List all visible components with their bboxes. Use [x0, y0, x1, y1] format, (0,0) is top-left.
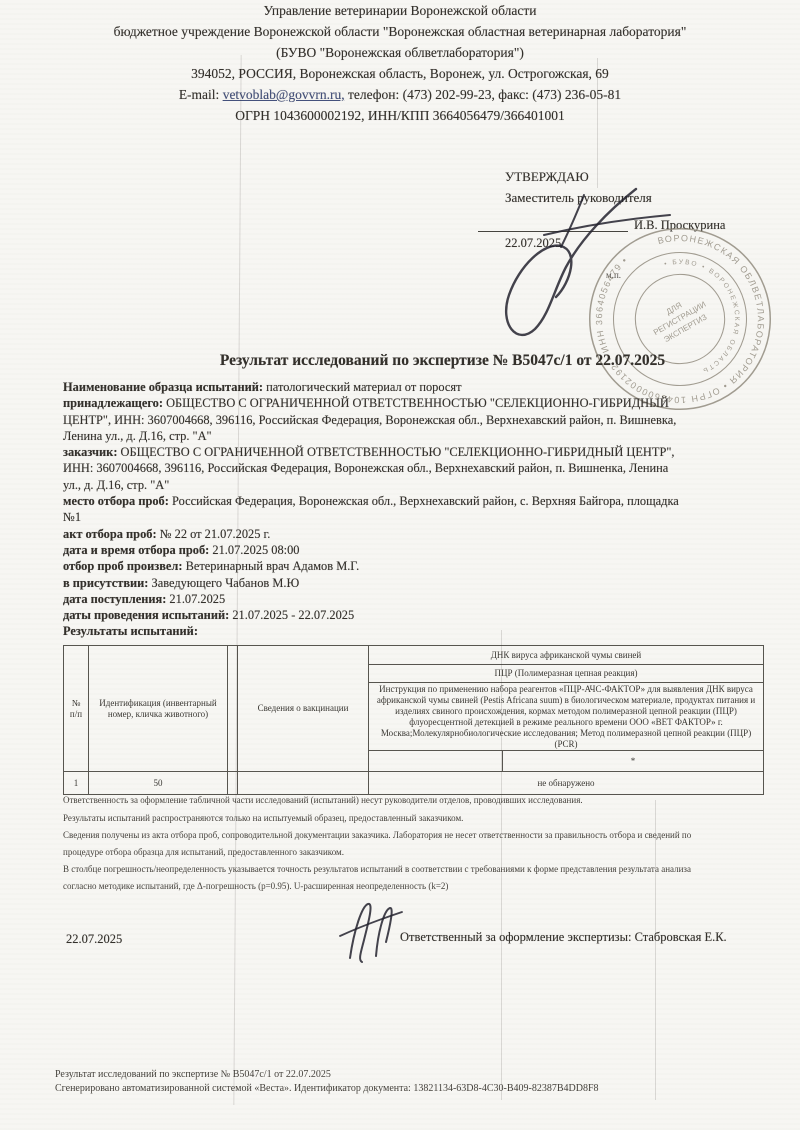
detail-line: ул., д. Д.16, стр. "А" [63, 477, 753, 493]
org-line-contacts: E-mail: vetvoblab@govvrn.ru, телефон: (4… [0, 84, 800, 105]
subheader-empty [369, 751, 503, 772]
footer-generated-by: Сгенерировано автоматизированной системо… [55, 1082, 599, 1096]
footnote-line: Результаты испытаний распространяются то… [63, 810, 753, 827]
sample-details: Наименование образца испытаний: патологи… [63, 379, 753, 640]
detail-line: дата поступления: 21.07.2025 [63, 591, 753, 607]
col-header-identification: Идентификация (инвентарный номер, кличка… [89, 646, 228, 772]
responsible-signature-icon [328, 896, 408, 966]
org-line-institution: бюджетное учреждение Воронежской области… [0, 21, 800, 42]
detail-line: Наименование образца испытаний: патологи… [63, 379, 753, 395]
detail-line: заказчик: ОБЩЕСТВО С ОГРАНИЧЕННОЙ ОТВЕТС… [63, 444, 753, 460]
signoff-date: 22.07.2025 [66, 932, 122, 947]
org-line-ogrn: ОГРН 1043600002192, ИНН/КПП 3664056479/3… [0, 105, 800, 126]
org-line-authority: Управление ветеринарии Воронежской облас… [0, 0, 800, 21]
detail-line: Ленина ул., д. Д.16, стр. "А" [63, 428, 753, 444]
detail-line: место отбора проб: Российская Федерация,… [63, 493, 753, 509]
footnote-line: согласно методике испытаний, где Δ-погре… [63, 878, 753, 895]
footnote-line: Сведения получены из акта отбора проб, с… [63, 827, 753, 844]
document-title: Результат исследований по экспертизе № В… [85, 352, 800, 370]
org-line-address: 394052, РОССИЯ, Воронежская область, Вор… [0, 63, 800, 84]
org-header: Управление ветеринарии Воронежской облас… [0, 0, 800, 126]
method-description: Инструкция по применению набора реагенто… [369, 683, 764, 751]
detail-line: принадлежащего: ОБЩЕСТВО С ОГРАНИЧЕННОЙ … [63, 395, 753, 411]
col-header-analyte: ДНК вируса африканской чумы свиней [369, 646, 764, 665]
detail-line: Результаты испытаний: [63, 623, 753, 639]
detail-line: в присутствии: Заведующего Чабанов М.Ю [63, 575, 753, 591]
footnote-line: В столбце погрешность/неопределенность у… [63, 861, 753, 878]
col-header-num: № п/п [64, 646, 89, 772]
footer-expertise-ref: Результат исследований по экспертизе № В… [55, 1068, 599, 1082]
col-header-method: ПЦР (Полимеразная цепная реакция) [369, 665, 764, 683]
detail-line: отбор проб произвел: Ветеринарный врач А… [63, 558, 753, 574]
results-table: № п/п Идентификация (инвентарный номер, … [63, 645, 764, 795]
scanned-lab-report-page: Управление ветеринарии Воронежской облас… [0, 0, 800, 1130]
footnotes: Ответственность за оформление табличной … [63, 792, 753, 894]
detail-line: ИНН: 3607004668, 396116, Российская Феде… [63, 460, 753, 476]
detail-line: дата и время отбора проб: 21.07.2025 08:… [63, 542, 753, 558]
detail-line: ЦЕНТР", ИНН: 3607004668, 396116, Российс… [63, 412, 753, 428]
detail-line: №1 [63, 509, 753, 525]
col-header-vaccination: Сведения о вакцинации [238, 646, 369, 772]
footnote-line: Ответственность за оформление табличной … [63, 792, 753, 809]
footnote-line: процедуре отбора образца для испытаний, … [63, 844, 753, 861]
phone-fax: телефон: (473) 202-99-23, факс: (473) 23… [345, 87, 622, 102]
email-label: E-mail: [179, 87, 220, 102]
subheader-footnote-mark: * [503, 751, 764, 772]
org-line-short-name: (БУВО "Воронежская облветлаборатория") [0, 42, 800, 63]
scan-fold-line [597, 58, 598, 188]
detail-line: даты проведения испытаний: 21.07.2025 - … [63, 607, 753, 623]
responsible-for-report: Ответственный за оформление экспертизы: … [400, 930, 727, 945]
document-footer: Результат исследований по экспертизе № В… [55, 1068, 599, 1096]
scan-fold-line [655, 800, 656, 1100]
scan-fold-line [501, 630, 502, 1100]
detail-line: акт отбора проб: № 22 от 21.07.2025 г. [63, 526, 753, 542]
